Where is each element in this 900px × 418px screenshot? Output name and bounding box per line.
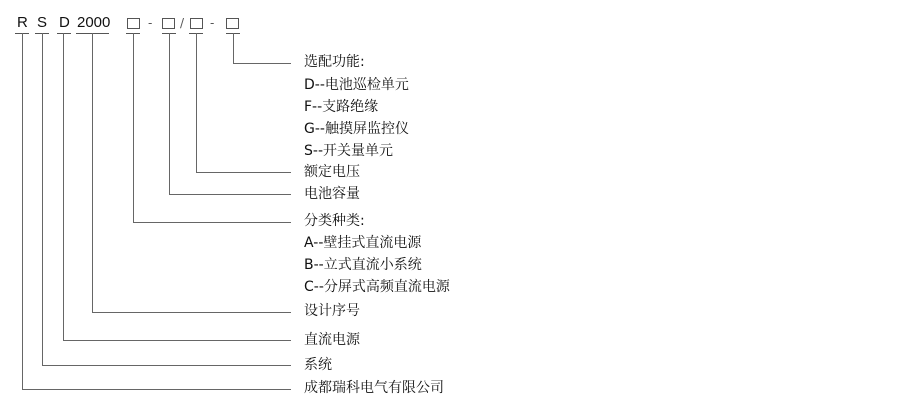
label-category-b: B--立式直流小系统 [304,256,422,274]
leader-dc-vertical [63,33,64,341]
code-box-category [127,18,140,29]
label-rated-voltage: 额定电压 [304,163,360,181]
label-company: 成都瑞科电气有限公司 [304,379,444,397]
code-letter-d: D [59,14,70,32]
code-box-voltage [190,18,203,29]
separator-dash-1: - [148,14,152,32]
leader-options-horizontal [233,63,291,64]
code-box-battery [162,18,175,29]
leader-design-vertical [92,33,93,313]
separator-slash: / [180,14,184,32]
leader-voltage-vertical [196,33,197,173]
leader-category-vertical [133,33,134,223]
leader-company-vertical [22,33,23,390]
label-system: 系统 [304,356,332,374]
leader-system-horizontal [42,365,291,366]
label-option-g: G--触摸屏监控仪 [304,120,409,138]
code-letter-r: R [17,14,28,32]
underline-d [57,33,71,34]
label-options-title: 选配功能: [304,53,365,71]
leader-battery-vertical [169,33,170,195]
leader-company-horizontal [22,389,291,390]
code-box-options [226,18,239,29]
label-dc-power: 直流电源 [304,331,360,349]
separator-dash-2: - [210,14,214,32]
leader-category-horizontal [133,222,291,223]
label-category-c: C--分屏式高频直流电源 [304,278,450,296]
leader-battery-horizontal [169,194,291,195]
label-option-s: S--开关量单元 [304,142,393,160]
leader-voltage-horizontal [196,172,291,173]
leader-design-horizontal [92,312,291,313]
code-letter-s: S [37,14,47,32]
label-option-f: F--支路绝缘 [304,98,378,116]
label-battery-capacity: 电池容量 [304,185,360,203]
label-design-serial: 设计序号 [304,302,360,320]
label-category-title: 分类种类: [304,212,365,230]
label-option-d: D--电池巡检单元 [304,76,409,94]
leader-options-vertical [233,33,234,64]
label-category-a: A--壁挂式直流电源 [304,234,421,252]
leader-dc-horizontal [63,340,291,341]
leader-system-vertical [42,33,43,366]
code-design-number: 2000 [77,14,110,32]
